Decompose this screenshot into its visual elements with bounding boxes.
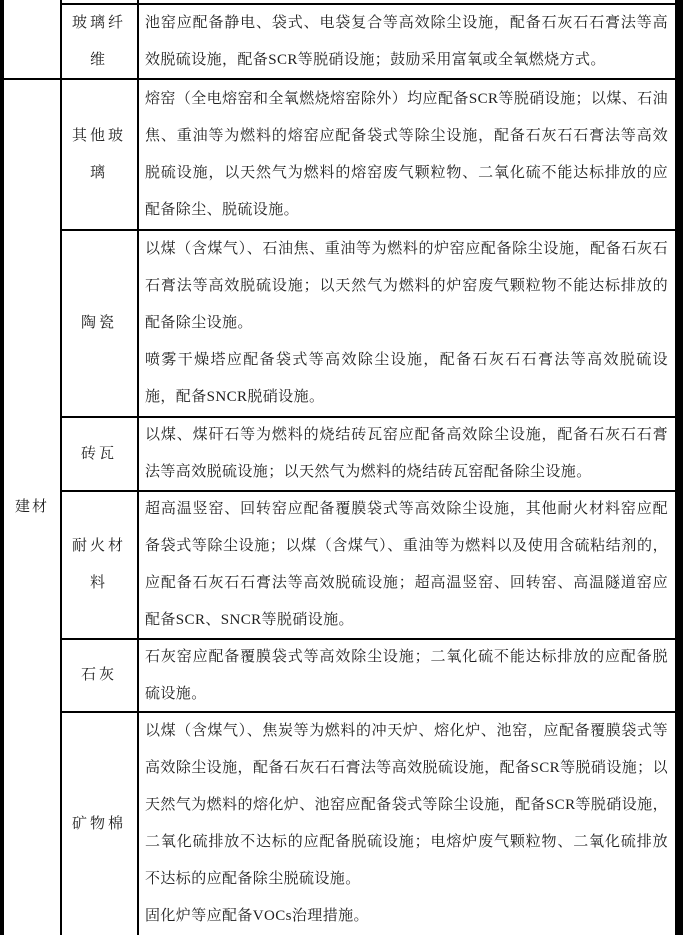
subcategory-label: 耐火材料 xyxy=(68,528,130,602)
table-border-right xyxy=(675,0,683,935)
subcategory-cell-brick-tile: 砖瓦 xyxy=(62,418,136,490)
measures-paragraph: 喷雾干燥塔应配备袋式等高效除尘设施，配备石灰石石膏法等高效脱硫设施，配备SNCR… xyxy=(145,342,668,416)
measures-cell-ceramics: 以煤（含煤气）、石油焦、重油等为燃料的炉窑应配备除尘设施，配备石灰石石膏法等高效… xyxy=(139,231,675,416)
measures-cell-other-glass: 熔窑（全电熔窑和全氧燃烧熔窑除外）均应配备SCR等脱硝设施；以煤、石油焦、重油等… xyxy=(139,80,675,229)
measures-paragraph: 固化炉等应配备VOCs治理措施。 xyxy=(145,898,668,935)
subcategory-cell-mineral-wool: 矿物棉 xyxy=(62,713,136,935)
subcategory-label: 矿物棉 xyxy=(68,806,130,843)
category-cell-previous xyxy=(4,0,60,78)
subcategory-label: 石灰 xyxy=(68,657,130,694)
subcategory-label: 陶瓷 xyxy=(68,305,130,342)
measures-cell-glass-fiber: 池窑应配备静电、袋式、电袋复合等高效除尘设施，配备石灰石石膏法等高效脱硫设施，配… xyxy=(139,5,675,78)
subcategory-cell-lime: 石灰 xyxy=(62,640,136,711)
subcategory-label: 其他玻璃 xyxy=(68,118,130,192)
measures-cell-lime: 石灰窑应配备覆膜袋式等高效除尘设施；二氧化硫不能达标排放的应配备脱硫设施。 xyxy=(139,640,675,711)
measures-paragraph: 熔窑（全电熔窑和全氧燃烧熔窑除外）均应配备SCR等脱硝设施；以煤、石油焦、重油等… xyxy=(145,81,668,229)
category-cell-building-materials: 建材 xyxy=(4,80,60,935)
measures-cell-refractory: 超高温竖窑、回转窑应配备覆膜袋式等高效除尘设施，其他耐火材料窑应配备袋式等除尘设… xyxy=(139,492,675,638)
measures-paragraph: 石灰窑应配备覆膜袋式等高效除尘设施；二氧化硫不能达标排放的应配备脱硫设施。 xyxy=(145,639,668,713)
measures-paragraph: 以煤（含煤气）、石油焦、重油等为燃料的炉窑应配备除尘设施，配备石灰石石膏法等高效… xyxy=(145,231,668,342)
measures-paragraph: 超高温竖窑、回转窑应配备覆膜袋式等高效除尘设施，其他耐火材料窑应配备袋式等除尘设… xyxy=(145,491,668,639)
measures-cell-brick-tile: 以煤、煤矸石等为燃料的烧结砖瓦窑应配备高效除尘设施，配备石灰石石膏法等高效脱硫设… xyxy=(139,418,675,490)
document-table: 建材 玻璃纤维 池窑应配备静电、袋式、电袋复合等高效除尘设施，配备石灰石石膏法等… xyxy=(0,0,683,935)
subcategory-label: 玻璃纤维 xyxy=(68,5,130,79)
category-label: 建材 xyxy=(15,489,49,526)
measures-cell-mineral-wool: 以煤（含煤气）、焦炭等为燃料的冲天炉、熔化炉、池窑，应配备覆膜袋式等高效除尘设施… xyxy=(139,713,675,935)
subcategory-cell-ceramics: 陶瓷 xyxy=(62,231,136,416)
subcategory-cell-glass-fiber: 玻璃纤维 xyxy=(62,5,136,78)
measures-paragraph: 池窑应配备静电、袋式、电袋复合等高效除尘设施，配备石灰石石膏法等高效脱硫设施，配… xyxy=(145,5,668,79)
subcategory-cell-refractory: 耐火材料 xyxy=(62,492,136,638)
measures-paragraph: 以煤、煤矸石等为燃料的烧结砖瓦窑应配备高效除尘设施，配备石灰石石膏法等高效脱硫设… xyxy=(145,417,668,491)
subcategory-cell-other-glass: 其他玻璃 xyxy=(62,80,136,229)
subcategory-label: 砖瓦 xyxy=(68,436,130,473)
measures-paragraph: 以煤（含煤气）、焦炭等为燃料的冲天炉、熔化炉、池窑，应配备覆膜袋式等高效除尘设施… xyxy=(145,713,668,898)
